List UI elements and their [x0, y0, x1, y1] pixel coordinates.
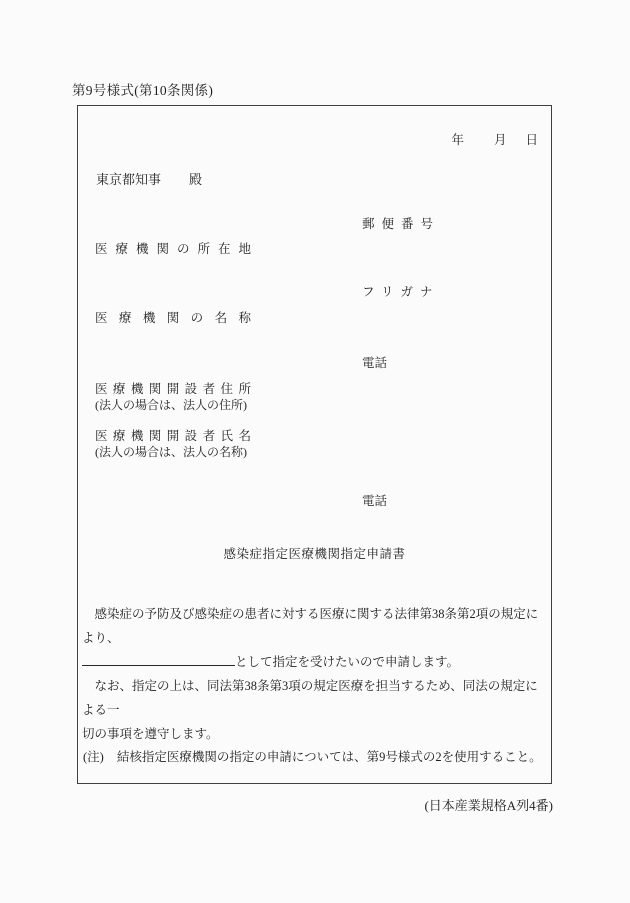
body-line-2-text: として指定を受けたいので申請します。	[235, 655, 459, 669]
phone-label-1: 電話	[362, 353, 387, 371]
form-number-label: 第9号様式(第10条関係)	[72, 79, 213, 99]
founder-name-label: 医療機関開設者氏名	[95, 429, 251, 444]
phone-label-2: 電話	[362, 491, 387, 509]
document-page: 第9号様式(第10条関係) 年月日 東京都知事殿 郵便番号 医療機関の所在地 フ…	[0, 0, 630, 903]
postal-code-label: 郵便番号	[362, 214, 440, 232]
form-border-box: 年月日 東京都知事殿 郵便番号 医療機関の所在地 フリガナ 医療機関の名称 電話…	[77, 105, 552, 784]
founder-address-label-group: 医療機関開設者住所 (法人の場合は、法人の住所)	[95, 382, 251, 413]
date-line: 年月日	[451, 130, 538, 148]
founder-name-note: (法人の場合は、法人の名称)	[95, 445, 251, 460]
institution-address-label-text: 医療機関の所在地	[95, 242, 251, 257]
body-line-3: なお、指定の上は、同法第38条第3項の規定医療を担当するため、同法の規定による一	[82, 674, 548, 722]
fill-in-blank	[82, 652, 235, 666]
founder-address-label: 医療機関開設者住所	[95, 382, 251, 397]
furigana-label: フリガナ	[362, 282, 439, 300]
recipient-line: 東京都知事殿	[96, 169, 202, 188]
founder-address-note: (法人の場合は、法人の住所)	[95, 398, 251, 413]
day-label: 日	[525, 133, 538, 147]
founder-name-label-group: 医療機関開設者氏名 (法人の場合は、法人の名称)	[95, 429, 251, 460]
body-line-2: として指定を受けたいので申請します。	[82, 650, 548, 674]
institution-name-label: 医療機関の名称	[95, 311, 251, 326]
institution-name-label-text: 医療機関の名称	[95, 311, 251, 326]
institution-address-label: 医療機関の所在地	[95, 242, 251, 257]
recipient-honorific: 殿	[189, 172, 202, 187]
body-line-4: 切の事項を遵守します。	[82, 722, 548, 746]
year-label: 年	[451, 133, 464, 147]
application-body: 感染症の予防及び感染症の患者に対する医療に関する法律第38条第2項の規定により、…	[82, 602, 548, 746]
body-line-1: 感染症の予防及び感染症の患者に対する医療に関する法律第38条第2項の規定により、	[82, 602, 548, 650]
note-prefix: (注)	[83, 750, 104, 764]
month-label: 月	[494, 133, 507, 147]
note-text: 結核指定医療機関の指定の申請については、第9号様式の2を使用すること。	[117, 750, 542, 764]
form-title: 感染症指定医療機関指定申請書	[78, 544, 551, 562]
recipient-name: 東京都知事	[96, 172, 161, 187]
paper-size-note: (日本産業規格A列4番)	[424, 795, 553, 814]
note-line: (注)結核指定医療機関の指定の申請については、第9号様式の2を使用すること。	[83, 747, 542, 765]
